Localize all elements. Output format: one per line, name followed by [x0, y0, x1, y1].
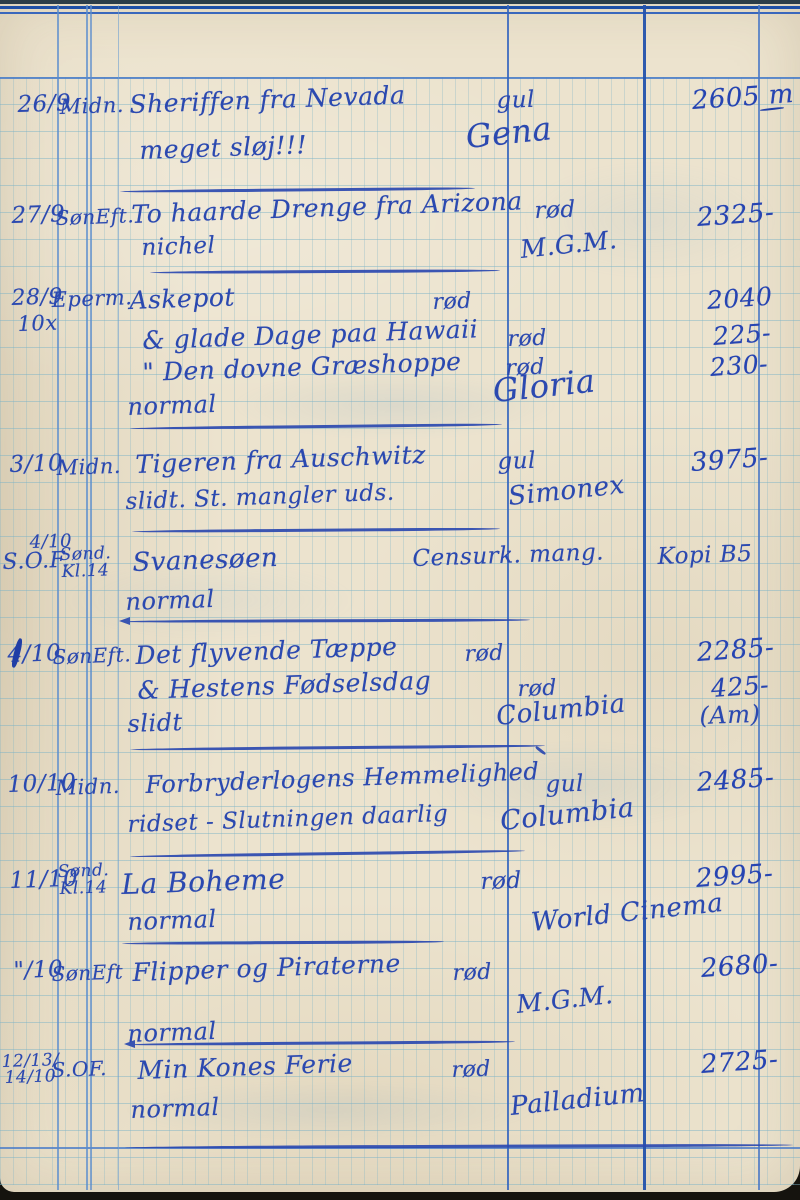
entry-date-extra: 14/10 [4, 1066, 56, 1088]
entry-session: Midn. [56, 454, 121, 480]
film-amount: 225- [712, 318, 772, 351]
condition-note-2: normal [125, 585, 215, 616]
film-amount: 425- [710, 670, 770, 703]
entry-session: S.OF. [51, 1056, 107, 1082]
film-amount: 3975- [690, 443, 769, 478]
paper-sheet: 26/9 Midn. Sheriffen fra Nevada gul 2605… [0, 0, 800, 1192]
entry-date: 3/10 [9, 450, 64, 478]
film-color-note: rød [480, 868, 522, 895]
col-rule-title-end [507, 5, 509, 1190]
col-rule-distributor-end [643, 5, 646, 1190]
entry-session-2: Kl.14 [61, 560, 109, 582]
entry-session: Midn. [55, 774, 120, 800]
film-title: La Boheme [121, 862, 286, 901]
entry-date-extra: 10x [17, 311, 58, 336]
film-color-note: rød [432, 289, 472, 315]
printed-grid [0, 77, 800, 1185]
col-rule-session [118, 5, 119, 1190]
entry-session-2: Kl.14 [59, 877, 107, 899]
film-amount: 230- [709, 349, 769, 382]
entry-session: SønEft [51, 960, 123, 986]
film-amount: 2040 [706, 281, 773, 315]
film-amount: 2285- [696, 633, 775, 668]
condition-note: normal [127, 905, 217, 936]
condition-note: meget sløj!!! [139, 130, 307, 165]
film-color-note: gul [496, 87, 535, 114]
col-rule-amount [758, 5, 760, 1190]
film-color-note: rød [507, 326, 547, 352]
film-color-note: gul [497, 448, 536, 475]
film-color-note: rød [464, 641, 504, 667]
condition-note: normal [130, 1093, 220, 1124]
film-color-note: gul [545, 771, 584, 798]
scanned-ledger-page: 26/9 Midn. Sheriffen fra Nevada gul 2605… [0, 0, 800, 1200]
entry-session: Midn. [59, 93, 124, 119]
film-amount: 2485- [696, 763, 775, 798]
col-rule-double-a [86, 5, 88, 1190]
film-amount: 2725- [700, 1045, 779, 1080]
film-title: Svanesøen [132, 543, 279, 578]
top-double-rule-1 [0, 6, 800, 9]
film-title: Askepot [129, 282, 235, 315]
entry-session: Eperm. [51, 285, 133, 312]
copy-note: Kopi B5 [657, 541, 753, 570]
condition-note: nichel [141, 232, 216, 261]
top-double-rule-2 [0, 12, 800, 14]
col-rule-double-b [90, 5, 92, 1190]
condition-note: normal [127, 390, 217, 421]
top-edge-shadow [0, 0, 800, 4]
distributor-extra: (Am) [699, 700, 761, 730]
film-color-note: rød [452, 960, 492, 986]
film-amount: 2325- [696, 198, 775, 233]
entry-session: SønEft. [52, 642, 131, 669]
condition-note: slidt [127, 708, 183, 738]
entry-session: SønEft. [55, 203, 134, 230]
film-color-note: rød [451, 1057, 491, 1083]
col-rule-date [57, 5, 59, 1190]
header-separator-rule [0, 77, 800, 79]
film-color-note: rød [534, 197, 576, 224]
film-amount: 2680- [700, 949, 779, 984]
